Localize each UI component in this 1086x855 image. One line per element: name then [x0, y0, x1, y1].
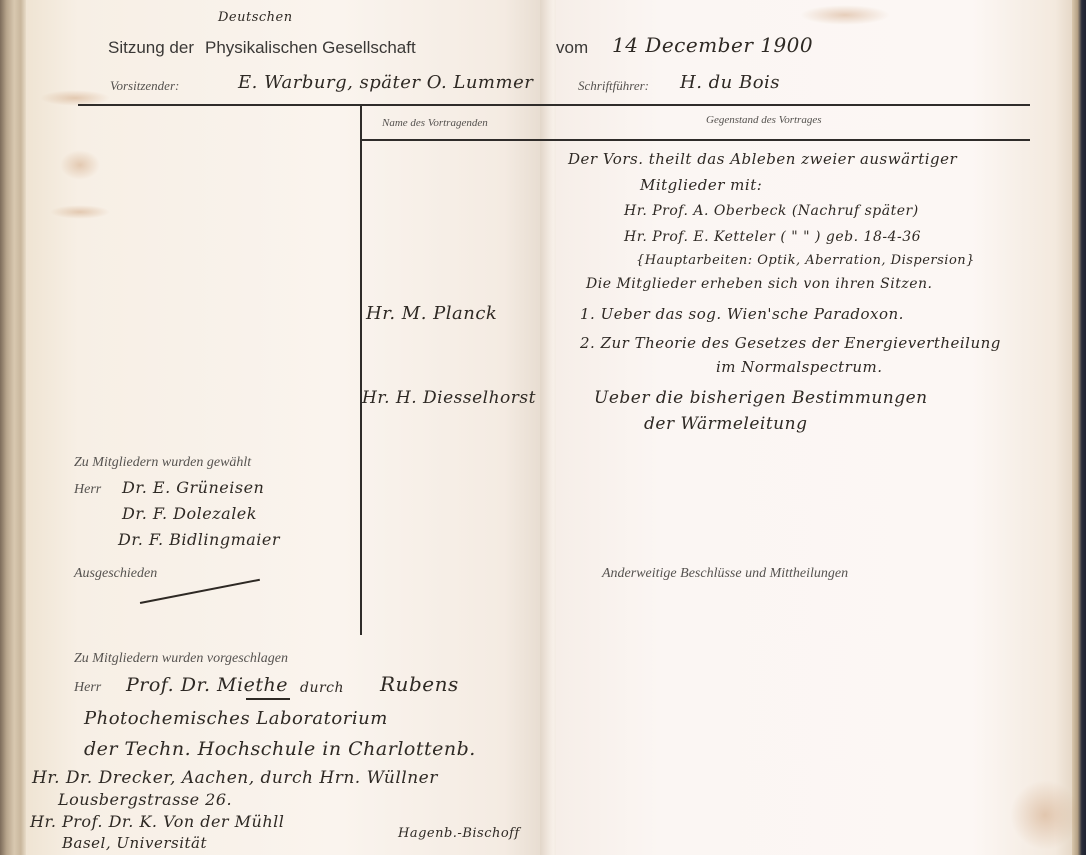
- proposed-name: Prof. Dr. Miethe: [126, 674, 288, 696]
- proposed-label: Zu Mitgliedern wurden vorgeschlagen: [74, 651, 288, 667]
- right-page: [556, 0, 1076, 855]
- title-prefix: Sitzung der: [108, 38, 194, 58]
- proposed-via: durch: [300, 680, 344, 696]
- proposed-prefix: Herr: [74, 680, 101, 696]
- talk-subject-line: der Wärmeleitung: [644, 414, 807, 434]
- announcement-line: Hr. Prof. E. Ketteler ( " " ) geb. 18-4-…: [624, 229, 921, 245]
- column-divider: [360, 105, 362, 635]
- talk-subject-line: im Normalspectrum.: [716, 358, 883, 376]
- page-edges-right: [1072, 0, 1086, 855]
- elected-prefix: Herr: [74, 482, 101, 498]
- stain: [1010, 780, 1080, 850]
- elected-member: Dr. F. Bidlingmaier: [118, 530, 280, 549]
- proposed-address-line: der Techn. Hochschule in Charlottenb.: [84, 738, 476, 760]
- header-rule: [78, 104, 1030, 106]
- talk-subject-line: 2. Zur Theorie des Gesetzes der Energiev…: [580, 334, 1001, 352]
- col-subject-header: Gegenstand des Vortrages: [706, 114, 822, 126]
- elected-label: Zu Mitgliedern wurden gewählt: [74, 455, 251, 471]
- column-header-rule: [362, 139, 1030, 141]
- other-resolutions-label: Anderweitige Beschlüsse und Mittheilunge…: [602, 566, 848, 582]
- date-label: vom: [556, 38, 588, 58]
- proposed-entry-line: Hr. Dr. Drecker, Aachen, durch Hrn. Wüll…: [32, 768, 438, 788]
- secretary-label: Schriftführer:: [578, 78, 649, 94]
- proposed-address-line: Photochemisches Laboratorium: [84, 708, 388, 729]
- speaker-name: Hr. H. Diesselhorst: [362, 388, 536, 408]
- col-speaker-header: Name des Vortragenden: [382, 117, 488, 129]
- announcement-line: Mitglieder mit:: [640, 176, 762, 194]
- talk-subject-line: 1. Ueber das sog. Wien'sche Paradoxon.: [580, 305, 904, 323]
- title-main: Physikalischen Gesellschaft: [205, 38, 416, 58]
- proposed-sponsor: Hagenb.-Bischoff: [398, 826, 520, 841]
- chair-label: Vorsitzender:: [110, 78, 179, 94]
- proposed-address-line: Basel, Universität: [62, 834, 207, 852]
- resigned-label: Ausgeschieden: [74, 566, 157, 582]
- announcement-line: Die Mitglieder erheben sich von ihren Si…: [586, 276, 933, 292]
- page-edges-left: [0, 0, 26, 855]
- announcement-line: Der Vors. theilt das Ableben zweier ausw…: [568, 150, 957, 168]
- secretary-value: H. du Bois: [680, 72, 780, 93]
- announcement-line: Hr. Prof. A. Oberbeck (Nachruf später): [624, 203, 919, 219]
- proposed-sponsor: Rubens: [380, 672, 459, 696]
- stain: [800, 5, 890, 25]
- announcement-line: {Hauptarbeiten: Optik, Aberration, Dispe…: [636, 253, 975, 268]
- minutes-book-spread: Sitzung der Deutschen Physikalischen Ges…: [0, 0, 1086, 855]
- speaker-name: Hr. M. Planck: [366, 303, 497, 324]
- date-value: 14 December 1900: [612, 33, 813, 57]
- proposed-address-line: Lousbergstrasse 26.: [58, 790, 232, 809]
- proposed-entry-line: Hr. Prof. Dr. K. Von der Mühll: [30, 812, 284, 831]
- name-underline: [246, 698, 290, 700]
- title-inserted-word: Deutschen: [218, 10, 293, 25]
- elected-member: Dr. F. Dolezalek: [122, 504, 257, 523]
- talk-subject-line: Ueber die bisherigen Bestimmungen: [594, 388, 928, 408]
- stain: [50, 205, 110, 219]
- chair-value: E. Warburg, später O. Lummer: [238, 72, 533, 93]
- elected-member: Dr. E. Grüneisen: [122, 478, 264, 497]
- stain: [60, 150, 100, 180]
